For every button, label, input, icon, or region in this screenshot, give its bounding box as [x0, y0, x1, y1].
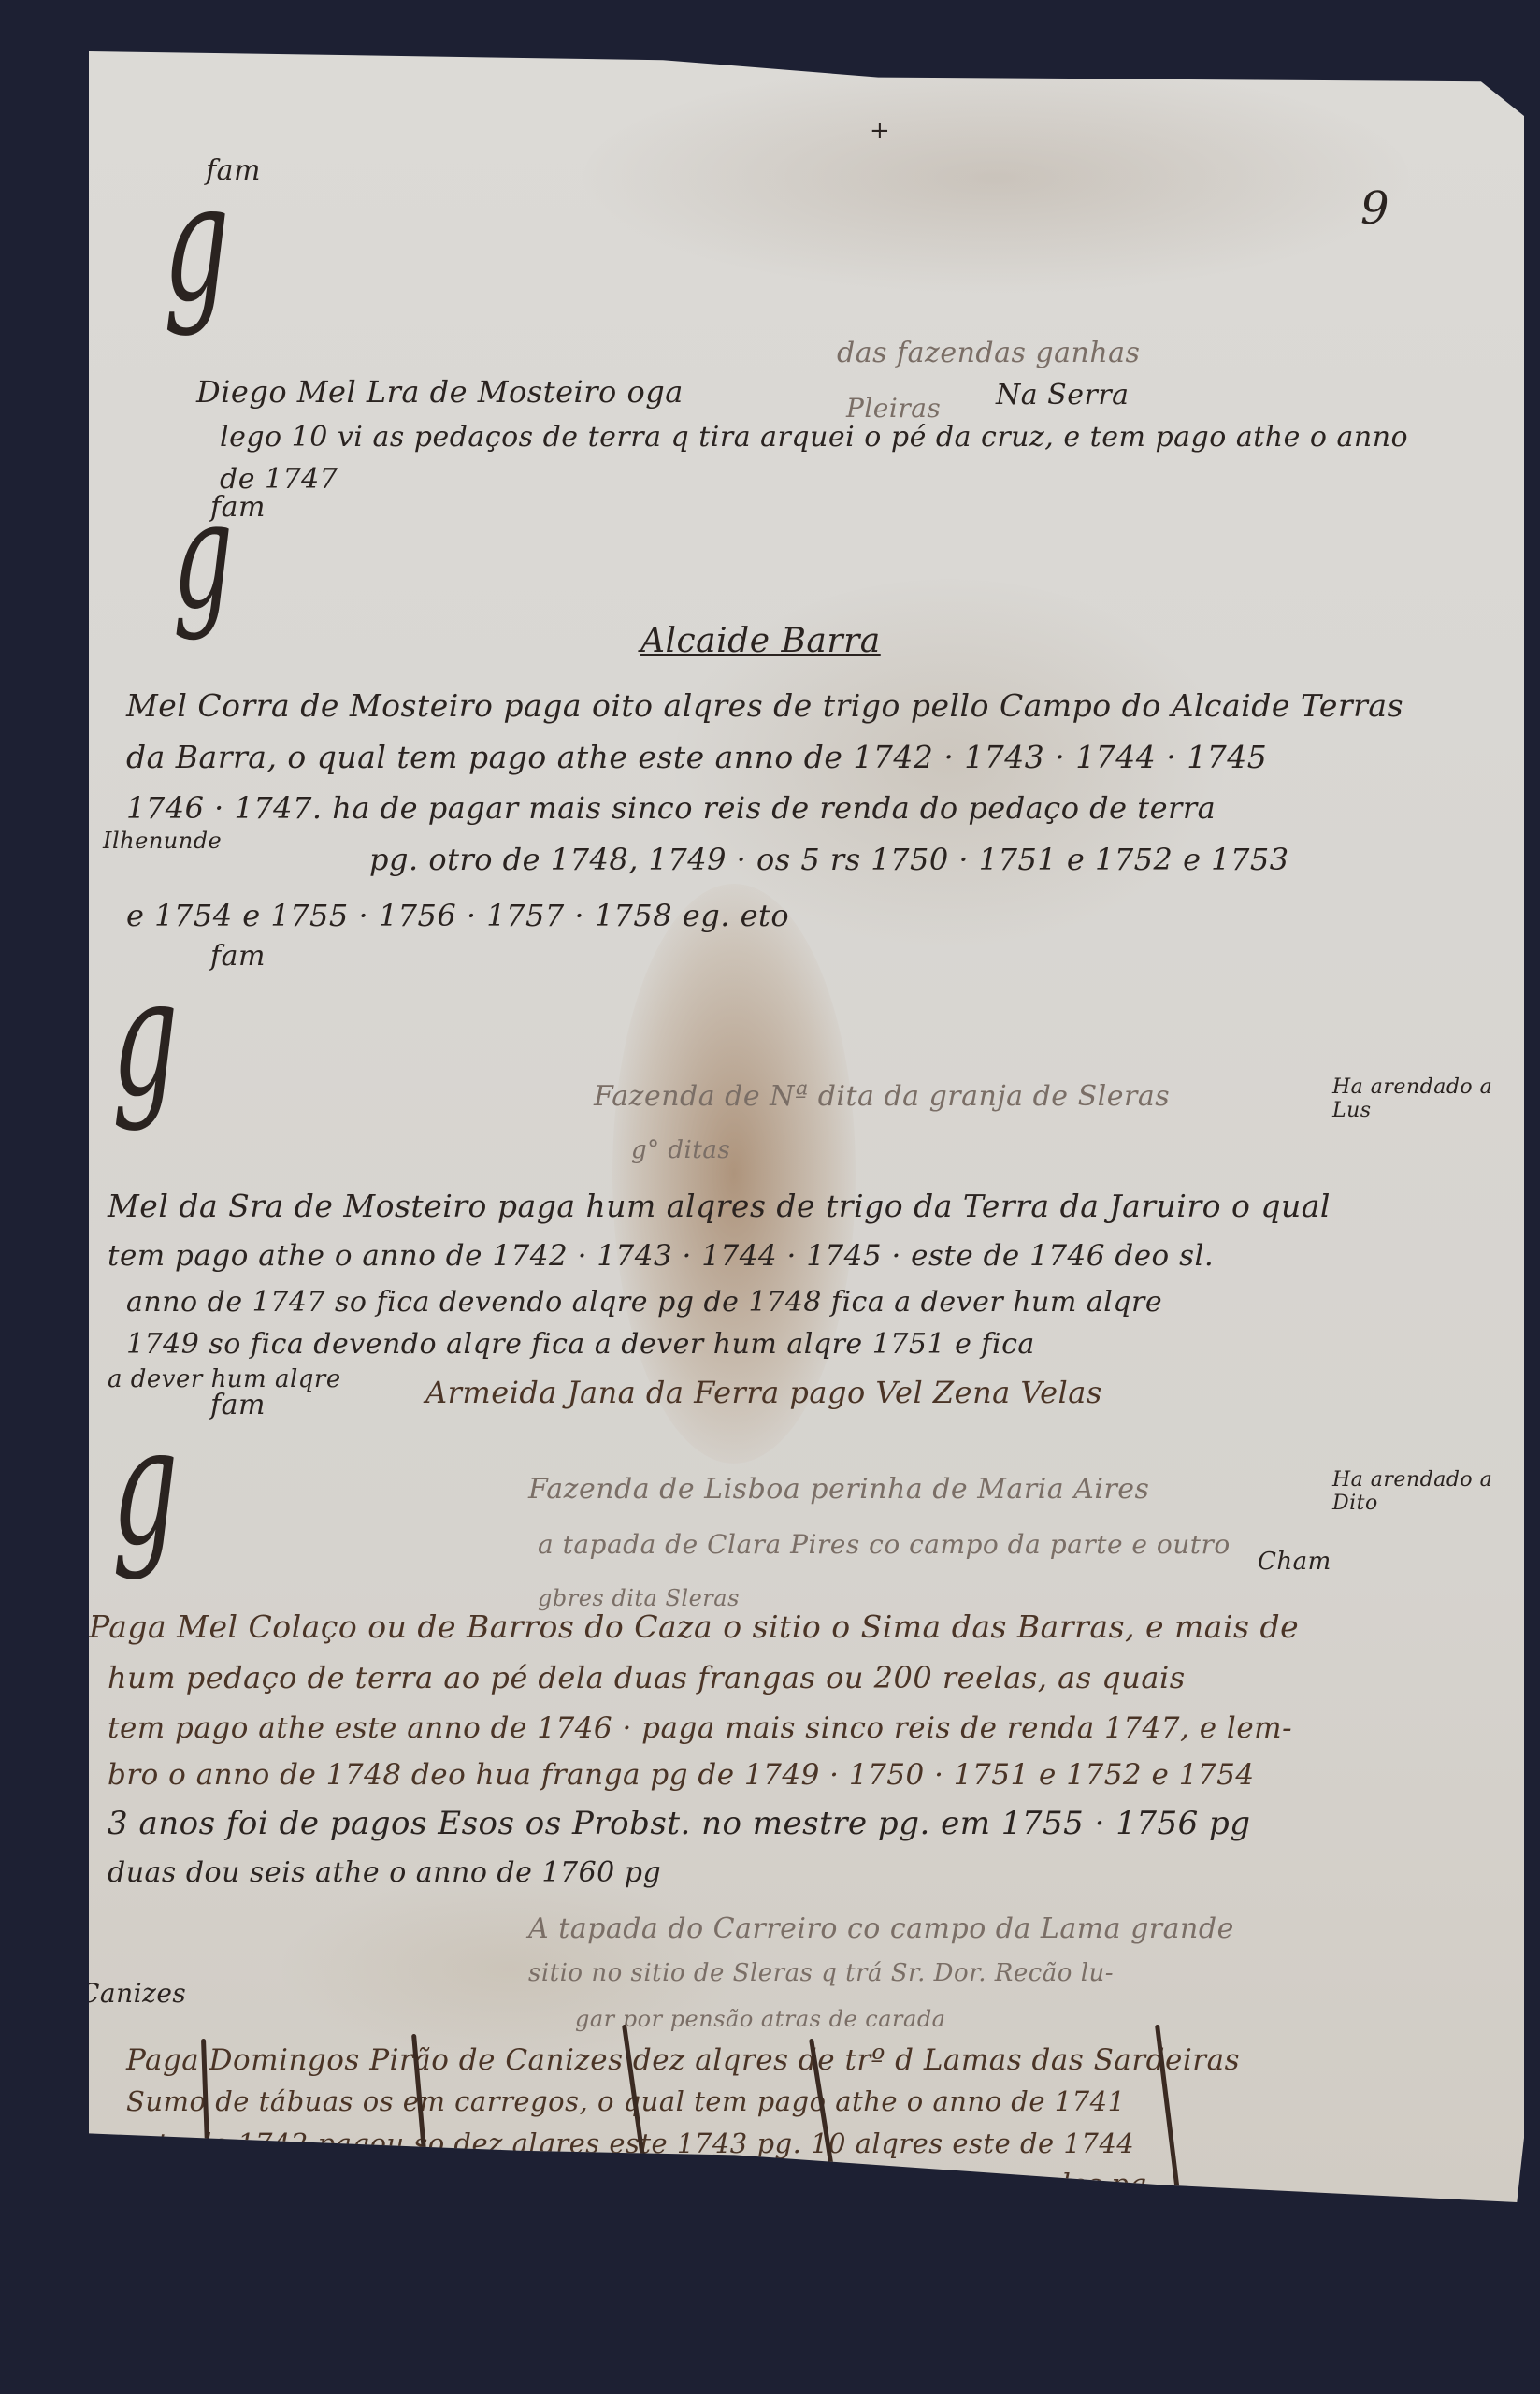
entry-line: hum pedaço de terra ao pé dela duas fran…	[108, 1660, 1186, 1695]
entry-subheading-2: gar por pensão atras de carada	[575, 2006, 946, 2032]
entry-heading: Alcaide Barra	[640, 622, 881, 660]
entry-heading: Fazenda de Lisboa perinha de Maria Aires	[528, 1473, 1149, 1506]
entry-line: e 1754 e 1755 · 1756 · 1757 · 1758 eg. e…	[126, 898, 789, 933]
entry-line: Diego Mel Lra de Mosteiro oga	[196, 374, 684, 410]
entry-line: lego 10 vi as pedaços de terra q tira ar…	[220, 421, 1408, 454]
entry-line: Que agora Mel Pires de Canizes paga mais…	[126, 2205, 1055, 2236]
entry-line: Paga Mel Colaço ou de Barros do Caza o s…	[89, 1608, 1299, 1645]
entry-subheading: Pleiras	[846, 393, 941, 424]
entry-line: tem pago athe este anno de 1746 · paga m…	[108, 1711, 1292, 1745]
entry-right-note: Ha arendado a Dito	[1332, 1468, 1510, 1515]
entry-line: bro o anno de 1748 deo hua franga pg de …	[108, 1758, 1255, 1792]
entry-heading: A tapada do Carreiro co campo da Lama gr…	[528, 1912, 1234, 1945]
entry-subheading: sitio no sitio de Sleras q trá Sr. Dor. …	[528, 1959, 1114, 1987]
manuscript-page: + 9 fam g das fazendas ganhas Pleiras Na…	[89, 51, 1524, 2202]
entry-subheading: g° ditas	[631, 1136, 730, 1164]
entry-line: Mel da Sra de Mosteiro paga hum alqres d…	[108, 1188, 1331, 1224]
entry-line: Sumo de tábuas os em carregos, o qual te…	[126, 2085, 1126, 2117]
entry-line: 1746 · 1747. ha de pagar mais sinco reis…	[126, 790, 1216, 826]
page-number: 9	[1360, 182, 1389, 235]
entry-heading: das fazendas ganhas	[837, 337, 1140, 369]
entry-line: pg. otro de 1748, 1749 · os 5 rs 1750 · …	[369, 842, 1289, 877]
entry-line: anno de 1747 so fica devendo alqre pg de…	[126, 1286, 1162, 1319]
margin-mark-g: g	[173, 468, 233, 642]
margin-mark-g: g	[112, 942, 178, 1133]
margin-mark-g: g	[164, 147, 229, 339]
entry-line: Paga Domingos Pirão de Canizes dez alqre…	[126, 2043, 1240, 2077]
entry-line: duas dou seis athe o anno de 1760 pg	[108, 1856, 661, 1889]
margin-note: fam	[210, 940, 266, 973]
entry-side-note: Ilhenunde	[103, 828, 222, 854]
entry-location: Na Serra	[996, 379, 1130, 411]
entry-heading: Fazenda de Nª dita da granja de Sleras	[594, 1080, 1170, 1113]
entry-right-note: Ha arendado a Lus	[1332, 1075, 1510, 1122]
entry-line: 3 anos foi de pagos Esos os Probst. no m…	[108, 1805, 1251, 1842]
entry-subheading: a tapada de Clara Pires co campo da part…	[538, 1529, 1231, 1560]
top-cross-mark: +	[870, 117, 890, 145]
entry-line: tem pago athe o anno de 1742 · 1743 · 17…	[108, 1239, 1214, 1273]
water-stain-top	[575, 61, 1417, 295]
margin-mark-g: g	[112, 1391, 178, 1582]
entry-line: Armeida Jana da Ferra pago Vel Zena Vela…	[425, 1375, 1102, 1410]
margin-note: Canizes	[79, 1978, 186, 2009]
entry-line: Mel Corra de Mosteiro paga oito alqres d…	[126, 687, 1403, 724]
entry-line: este de 1742 pagou so dez alqres este 17…	[126, 2127, 1134, 2159]
margin-note: fam	[210, 1389, 266, 1421]
entry-line: pg. 10 alqres este de 1745 pg onze alqre…	[126, 2168, 1147, 2199]
entry-line: gbres dita Sleras	[538, 1585, 740, 1611]
entry-line: 1749 so fica devendo alqre fica a dever …	[126, 1328, 1035, 1361]
entry-line: da Barra, o qual tem pago athe este anno…	[126, 739, 1267, 775]
entry-right-note-2: Cham	[1258, 1548, 1331, 1576]
